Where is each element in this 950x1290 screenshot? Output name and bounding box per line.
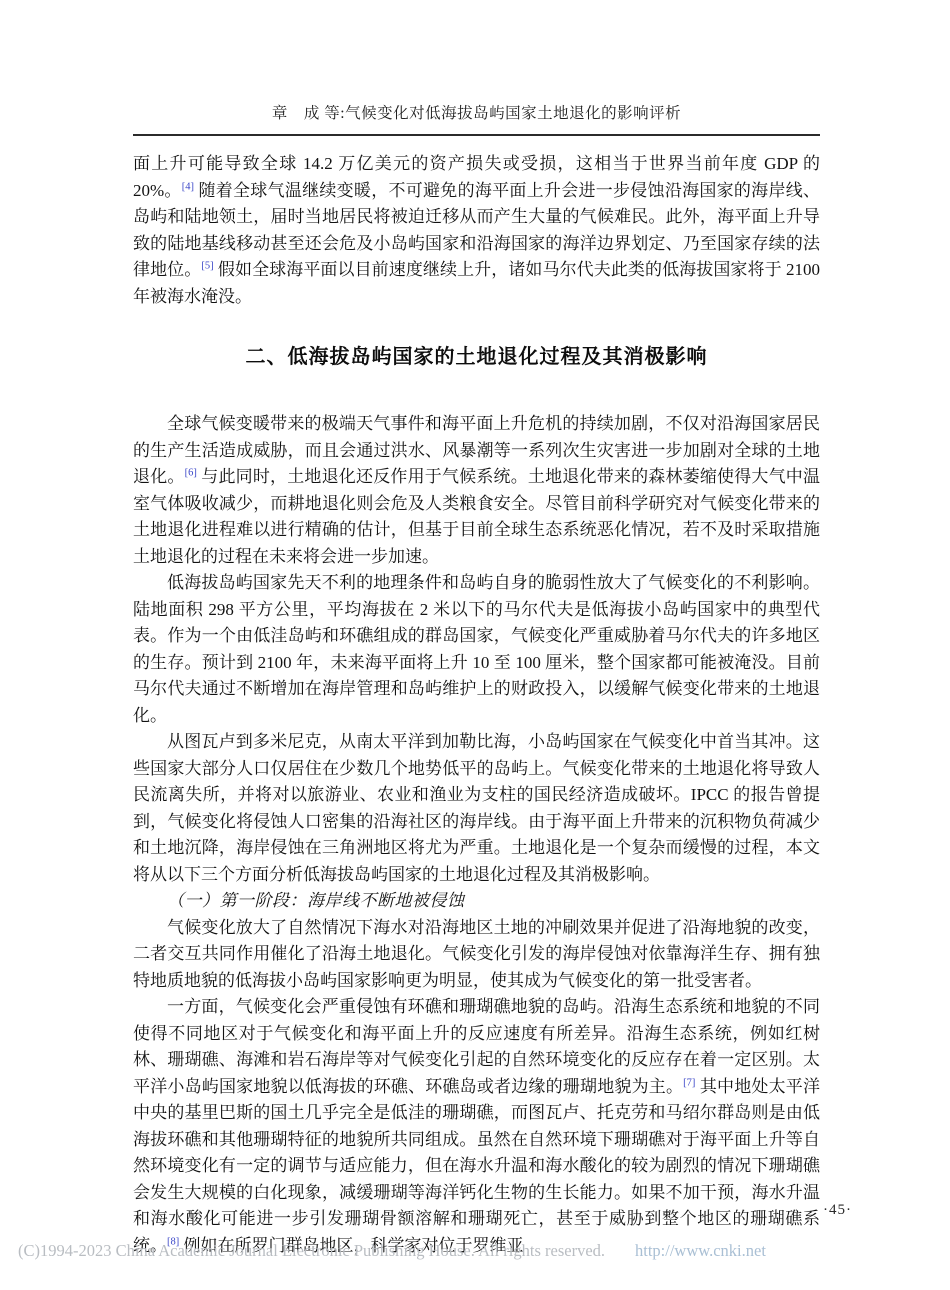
citation-ref[interactable]: [7] (683, 1077, 695, 1088)
body: 低海拔岛屿国家先天不利的地理条件和岛屿自身的脆弱性放大了气候变化的不利影响。陆地… (133, 570, 820, 729)
subsection-heading: （一）第一阶段：海岸线不断地被侵蚀 (133, 888, 820, 915)
body: 从图瓦卢到多米尼克，从南太平洋到加勒比海，小岛屿国家在气候变化中首当其冲。这些国… (133, 729, 820, 888)
article-body: 面上升可能导致全球 14.2 万亿美元的资产损失或受损，这相当于世界当前年度 G… (0, 136, 950, 1259)
body-noindent: 面上升可能导致全球 14.2 万亿美元的资产损失或受损，这相当于世界当前年度 G… (133, 151, 820, 310)
footer-copyright: (C)1994-2023 China Academic Journal Elec… (18, 1241, 766, 1261)
body: 全球气候变暖带来的极端天气事件和海平面上升危机的持续加剧，不仅对沿海国家居民的生… (133, 411, 820, 570)
section-heading: 二、低海拔岛屿国家的土地退化过程及其消极影响 (133, 342, 820, 373)
document-page: { "header": { "running_title": "章 成 等:气候… (0, 0, 950, 1290)
footer-url-link[interactable]: http://www.cnki.net (635, 1241, 766, 1260)
running-header-title: 章 成 等:气候变化对低海拔岛屿国家土地退化的影响评析 (133, 0, 820, 123)
body: 一方面，气候变化会严重侵蚀有环礁和珊瑚礁地貌的岛屿。沿海生态系统和地貌的不同使得… (133, 994, 820, 1259)
citation-ref[interactable]: [6] (185, 467, 197, 478)
page-number: ·45· (823, 1202, 852, 1219)
citation-ref[interactable]: [5] (201, 260, 213, 271)
citation-ref[interactable]: [4] (182, 181, 194, 192)
page-header: 章 成 等:气候变化对低海拔岛屿国家土地退化的影响评析 (0, 0, 950, 136)
body: 气候变化放大了自然情况下海水对沿海地区土地的冲刷效果并促进了沿海地貌的改变，二者… (133, 915, 820, 995)
copyright-text: (C)1994-2023 China Academic Journal Elec… (18, 1241, 605, 1260)
